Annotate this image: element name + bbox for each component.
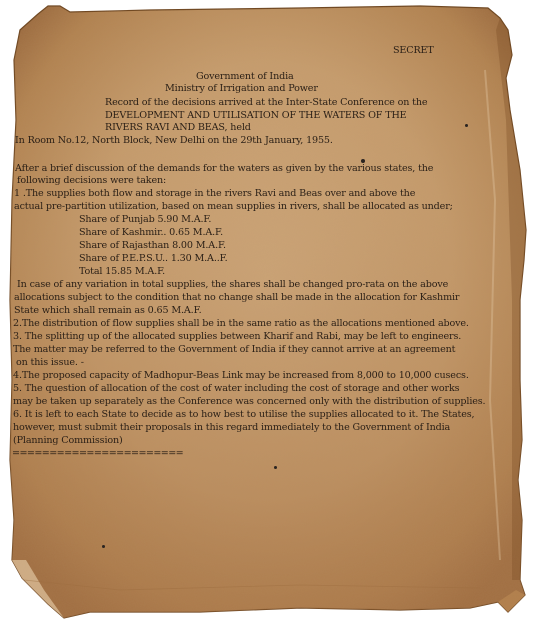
decision-3-line-1: 3. The splitting up of the allocated sup…: [13, 331, 461, 343]
separator-line: =======================: [12, 448, 183, 460]
decision-6-line-1: 6. It is left to each State to decide as…: [13, 409, 474, 421]
ink-spot: [102, 545, 105, 548]
header-rivers: RIVERS RAVI AND BEAS, held: [105, 122, 251, 134]
decision-1-line-2: actual pre-partition utilization, based …: [14, 201, 453, 213]
decision-3-line-3: on this issue. -: [16, 357, 84, 369]
share-total: Total 15.85 M.A.F.: [79, 266, 165, 278]
decision-4: 4.The proposed capacity of Madhopur-Beas…: [13, 370, 469, 382]
decision-6-line-3: (Planning Commission): [13, 435, 123, 447]
header-development: DEVELOPMENT AND UTILISATION OF THE WATER…: [105, 110, 407, 122]
decision-5-line-2: may be taken up separately as the Confer…: [13, 396, 485, 408]
header-ministry: Ministry of Irrigation and Power: [165, 83, 318, 95]
decision-3-line-2: The matter may be referred to the Govern…: [13, 344, 455, 356]
decision-1-line-1: 1 .The supplies both flow and storage in…: [14, 188, 415, 200]
classification-label: SECRET: [393, 45, 434, 57]
document-content: SECRET Government of India Ministry of I…: [0, 0, 537, 640]
ink-spot: [361, 159, 365, 163]
decision-5-line-1: 5. The question of allocation of the cos…: [13, 383, 459, 395]
variation-line-2: allocations subject to the condition tha…: [14, 292, 459, 304]
header-record: Record of the decisions arrived at the I…: [105, 97, 427, 109]
aged-paper: SECRET Government of India Ministry of I…: [0, 0, 537, 640]
share-punjab: Share of Punjab 5.90 M.A.F.: [79, 214, 211, 226]
header-venue-date: In Room No.12, North Block, New Delhi on…: [15, 135, 333, 147]
decision-6-line-2: however, must submit their proposals in …: [13, 422, 450, 434]
header-government: Government of India: [196, 71, 294, 83]
variation-line-1: In case of any variation in total suppli…: [17, 279, 448, 291]
decision-2: 2.The distribution of flow supplies shal…: [13, 318, 469, 330]
variation-line-3: State which shall remain as 0.65 M.A.F.: [14, 305, 202, 317]
ink-spot: [274, 466, 277, 469]
share-pepsu: Share of P.E.P.S.U.. 1.30 M.A..F.: [79, 253, 228, 265]
share-rajasthan: Share of Rajasthan 8.00 M.A.F.: [79, 240, 226, 252]
ink-spot: [465, 124, 468, 127]
intro-line-1: After a brief discussion of the demands …: [15, 163, 433, 175]
share-kashmir: Share of Kashmir.. 0.65 M.A.F.: [79, 227, 223, 239]
intro-line-2: following decisions were taken:: [17, 175, 166, 187]
